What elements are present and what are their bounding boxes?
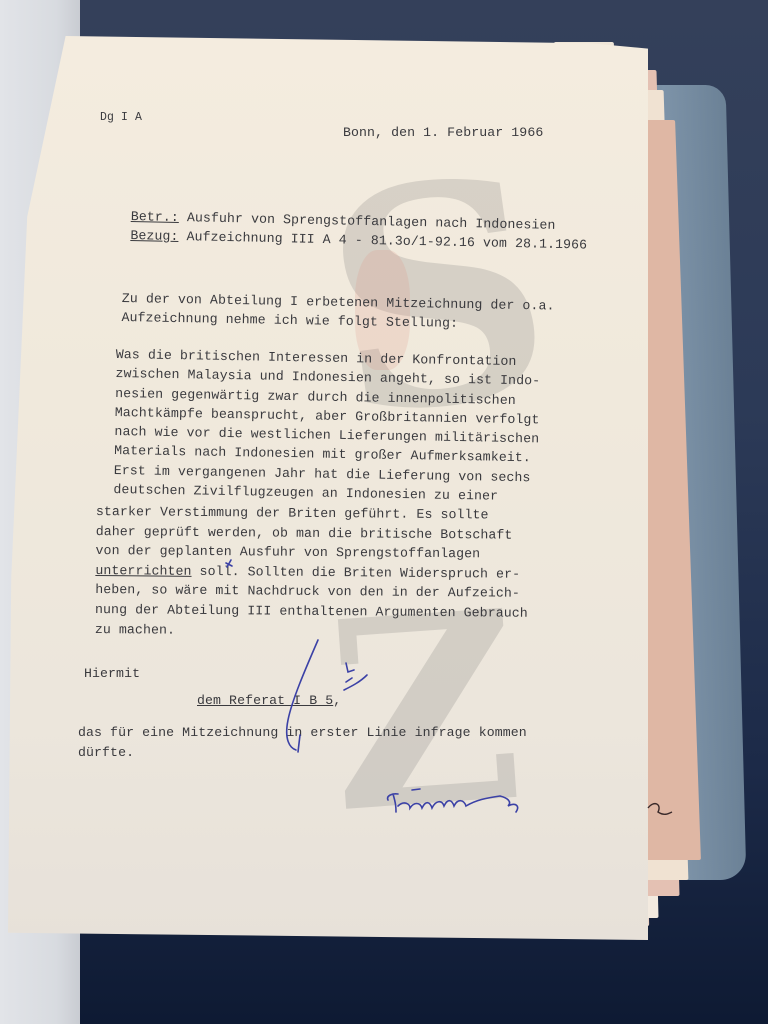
text-line: Was die britischen Interessen in der Kon… [116,347,517,369]
text-line: Machtkämpfe beansprucht, aber Großbritan… [115,405,540,427]
punctuation: , [333,693,341,708]
reference-label: Bezug: [130,227,178,243]
intro-paragraph: Zu der von Abteilung I erbetenen Mitzeic… [121,290,554,335]
office-reference: Dg I A [100,109,142,128]
text-line: Erst im vergangenen Jahr hat die Lieferu… [114,463,531,485]
underlined-word: unterrichten [95,563,191,579]
text-line: dürfte. [78,745,134,760]
body-paragraph-continued: starker Verstimmung der Briten geführt. … [95,502,529,643]
text-line: daher geprüft werden, ob man die britisc… [96,524,513,543]
text-line: nesien gegenwärtig zwar durch die innenp… [115,386,516,408]
text-line: Aufzeichnung nehme ich wie folgt Stellun… [121,309,458,330]
text-line: heben, so wäre mit Nachdruck von den in … [95,582,520,601]
text-line: das für eine Mitzeichnung in erster Lini… [78,725,527,740]
text-line: von der geplanten Ausfuhr von Sprengstof… [96,543,481,561]
text-line: Materials nach Indonesien mit großer Auf… [114,443,531,465]
body-paragraph: Was die britischen Interessen in der Kon… [113,345,540,507]
forwarding-word: Hiermit [84,665,140,684]
closing-paragraph: das für eine Mitzeichnung in erster Lini… [78,723,527,763]
recipient-line: dem Referat I B 5, [197,692,341,711]
text-line: starker Verstimmung der Briten geführt. … [96,504,489,522]
text-line: soll. Sollten die Briten Widerspruch er- [192,564,521,582]
text-line: nung der Abteilung III enthaltenen Argum… [95,602,528,621]
text-line: zu machen. [95,622,175,638]
recipient-referat: dem Referat I B 5 [197,693,333,708]
place-date: Bonn, den 1. Februar 1966 [343,124,543,143]
subject-label: Betr.: [131,209,179,225]
text-line: zwischen Malaysia und Indonesien angeht,… [115,366,540,388]
